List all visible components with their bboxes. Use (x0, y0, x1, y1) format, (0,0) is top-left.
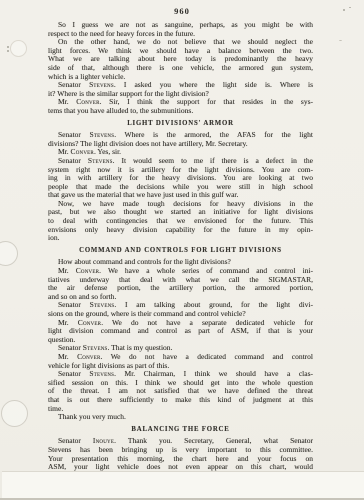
section-heading-command-and-controls: COMMAND AND CONTROLS FOR LIGHT DIVISIONS (48, 247, 313, 256)
transcript-paragraph: Senator Stevens. Where is the armored, t… (48, 131, 313, 148)
transcript-paragraph: Mr. Conver. We have a whole series of co… (48, 267, 313, 301)
scanner-background (2, 471, 364, 500)
punch-hole (1, 400, 28, 427)
scanned-document-page: 960 So I guess we are not as sanguine, p… (0, 0, 364, 471)
transcript-paragraph: Senator Inouye. Thank you. Secretary, Ge… (48, 437, 313, 471)
transcript-paragraph: Senator Stevens. Mr. Chairman, I think w… (48, 370, 313, 413)
transcript-paragraph: Thank you very much. (48, 413, 313, 422)
punch-hole (0, 241, 18, 266)
transcript-paragraph: On the other hand, we do not believe tha… (48, 38, 313, 81)
transcript-paragraph: Mr. Conver. Sir, I think the support for… (48, 98, 313, 115)
punch-hole (10, 40, 27, 57)
section-heading-light-divisions-armor: LIGHT DIVISIONS' ARMOR (48, 120, 313, 129)
transcript-paragraph: So I guess we are not as sanguine, perha… (48, 21, 313, 38)
scan-speck (343, 9, 345, 11)
transcript-paragraph: Senator Stevens. It would seem to me if … (48, 157, 313, 200)
scan-speck (7, 50, 9, 52)
transcript-paragraph: Mr. Conver. We do not have a separate de… (48, 319, 313, 345)
transcript-paragraph: Mr. Conver. We do not have a dedicated c… (48, 353, 313, 370)
scan-speck (339, 40, 342, 41)
scan-speck (349, 7, 351, 8)
transcript-paragraph: Senator Stevens. I am talking about grou… (48, 301, 313, 318)
transcript-paragraph: Now, we have made tough decisions for he… (48, 200, 313, 243)
section-heading-balancing-the-force: BALANCING THE FORCE (48, 426, 313, 435)
transcript-body: So I guess we are not as sanguine, perha… (48, 21, 313, 472)
scan-speck (7, 46, 9, 48)
page-number: 960 (0, 0, 364, 16)
transcript-paragraph: Senator Stevens. I asked you where the l… (48, 81, 313, 98)
